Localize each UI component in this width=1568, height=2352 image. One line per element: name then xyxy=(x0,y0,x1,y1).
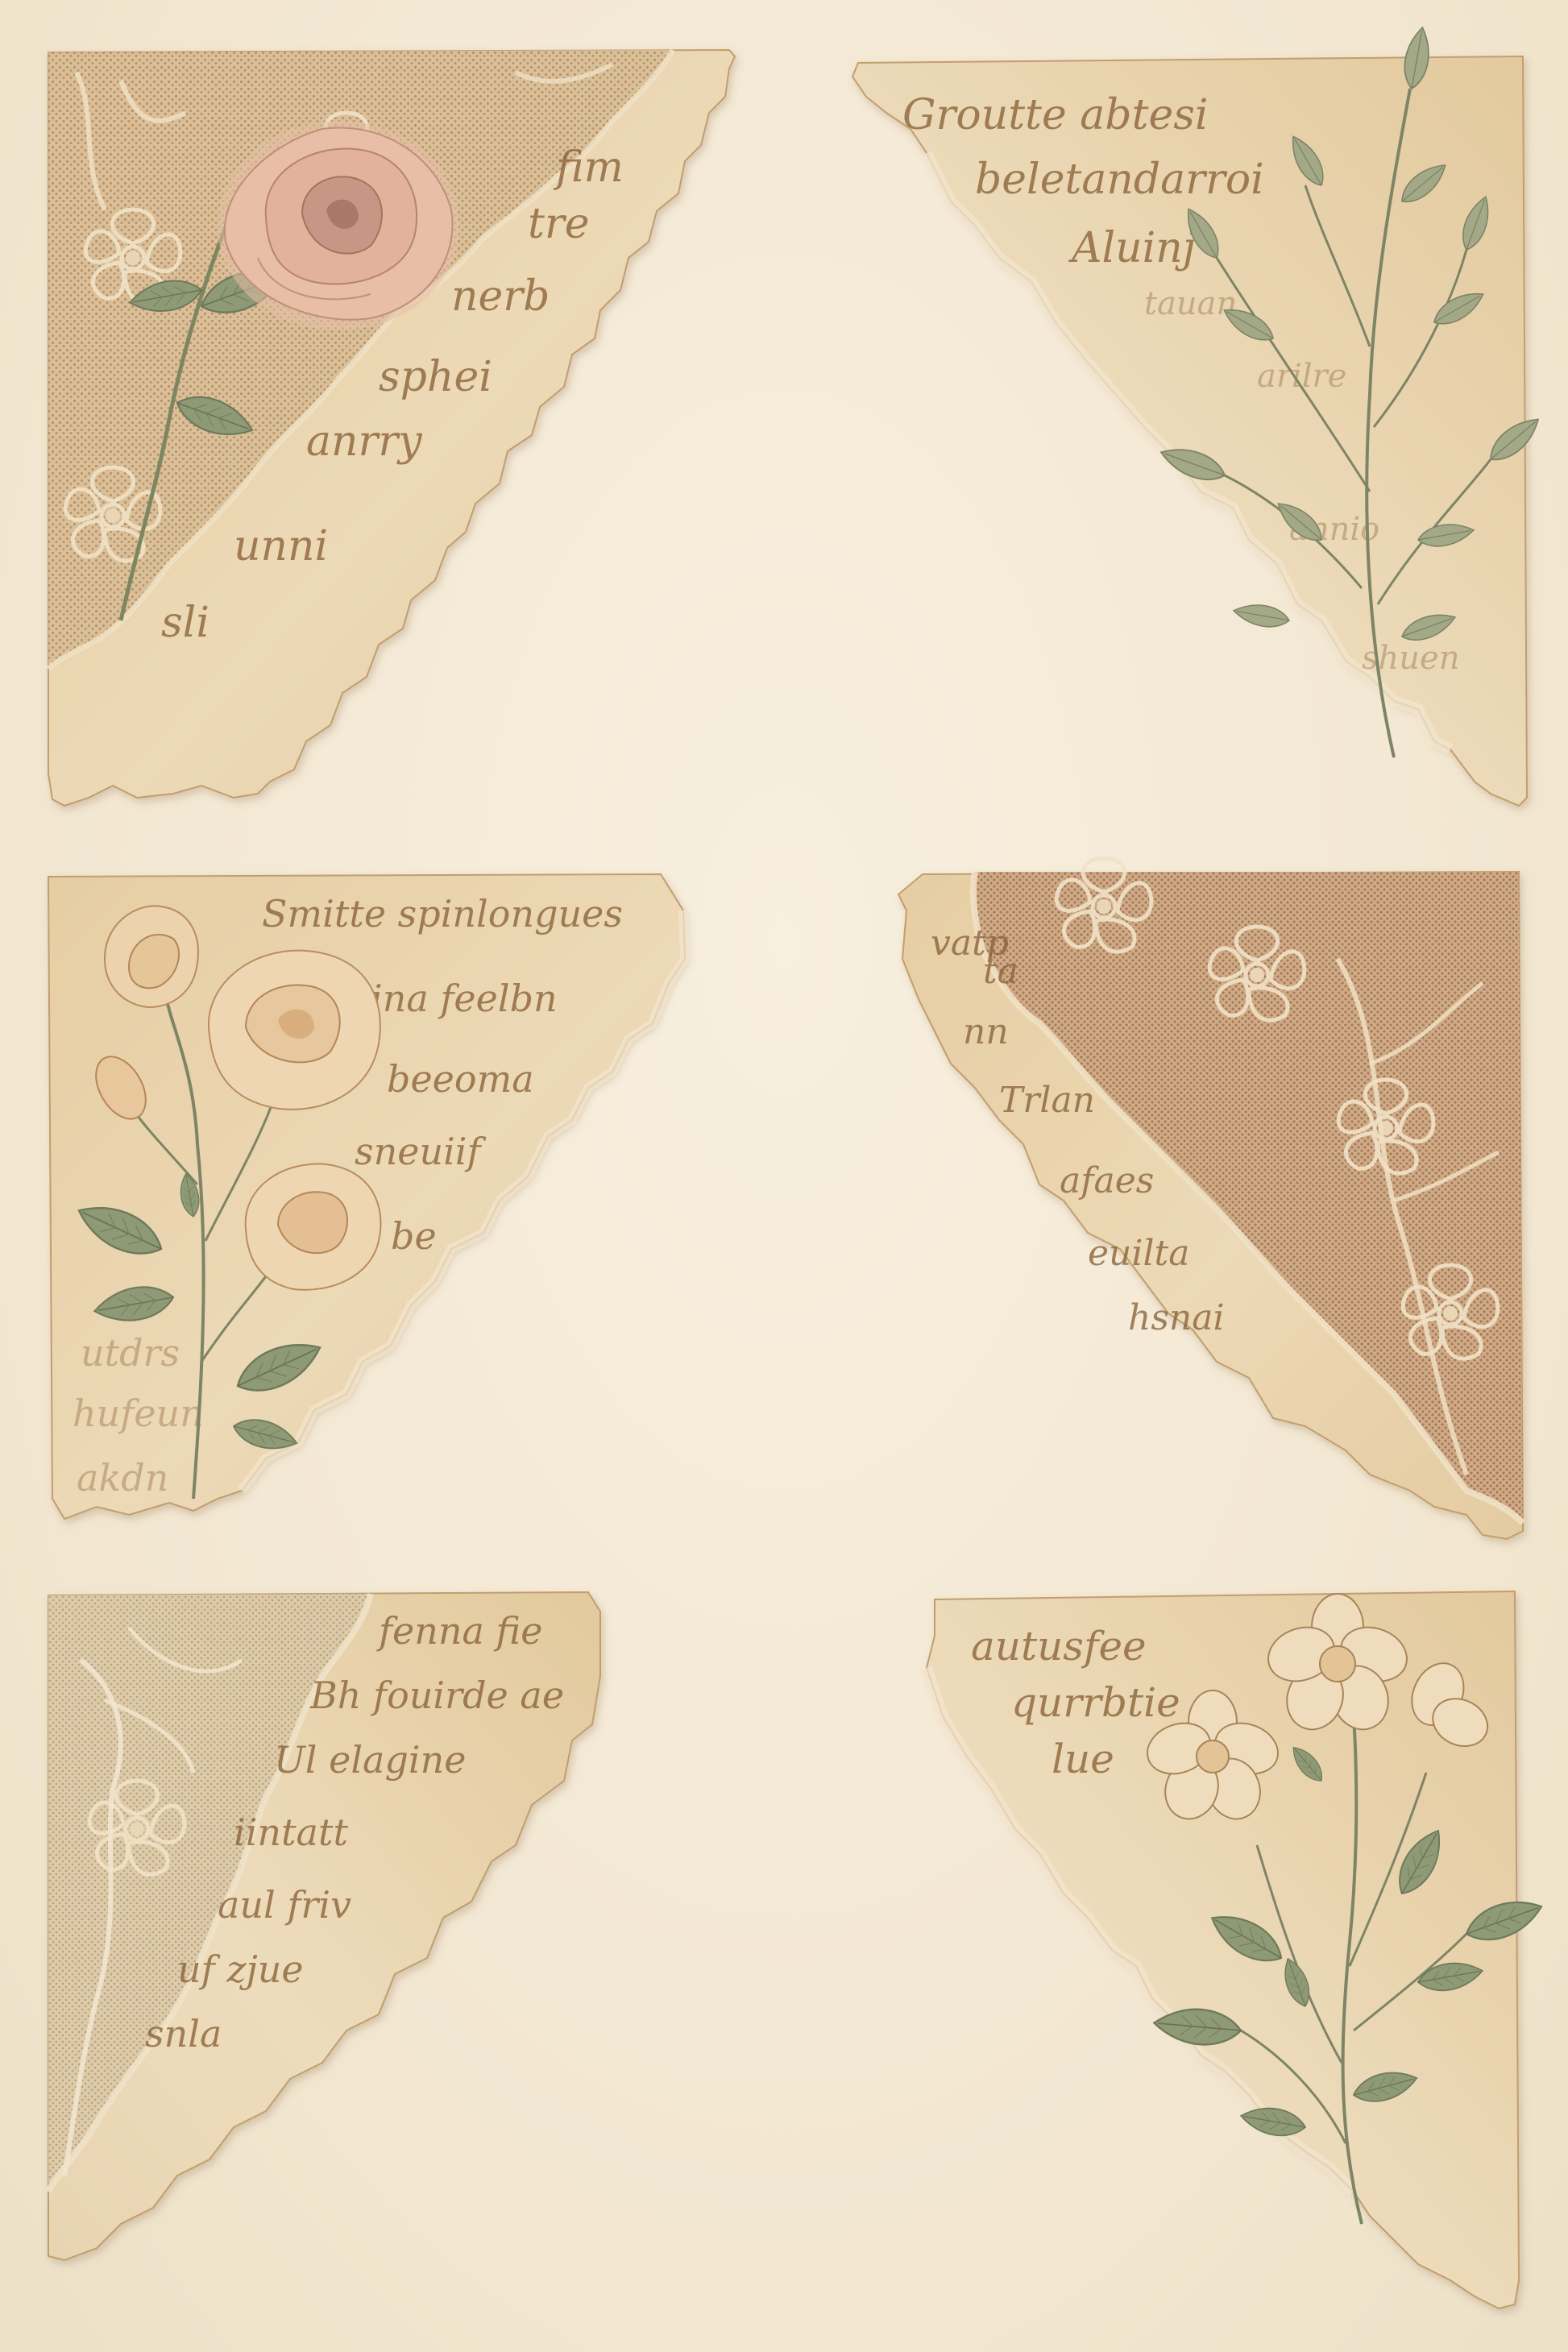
script-line: Bh fouirde ae xyxy=(309,1674,564,1717)
script-line: snla xyxy=(145,2012,222,2055)
script-line: ta xyxy=(983,951,1018,992)
torn-corner-top-left: fim tre nerb sphei anrry unni sli xyxy=(0,0,784,846)
script-line: Groutte abtesi xyxy=(902,91,1209,139)
torn-corner-middle-left: Smitte spinlongues ina feelbn beeoma sne… xyxy=(32,862,717,1531)
script-line: Smitte spinlongues xyxy=(262,892,623,935)
script-line: qurrbtie xyxy=(1011,1679,1180,1726)
script-line: fenna fie xyxy=(376,1609,542,1653)
script-line: tauan xyxy=(1144,285,1237,322)
script-line: uf zjue xyxy=(177,1948,304,1991)
script-line: beletandarroi xyxy=(975,156,1264,204)
script-line: nerb xyxy=(451,272,550,321)
script-line: euilta xyxy=(1088,1233,1189,1274)
script-line: anrry xyxy=(306,417,422,466)
script-line: nn xyxy=(963,1011,1009,1052)
torn-corner-bottom-right: autusfee qurrbtie lue xyxy=(902,1579,1539,2321)
script-line: hsnai xyxy=(1128,1297,1225,1338)
script-line: be xyxy=(391,1214,437,1258)
script-line: tre xyxy=(528,200,590,248)
script-line: iintatt xyxy=(234,1811,348,1854)
script-line: sphei xyxy=(379,353,492,401)
collage-canvas: fim tre nerb sphei anrry unni sli tauan … xyxy=(0,0,1568,2352)
script-line: autusfee xyxy=(971,1623,1147,1670)
script-line: sli xyxy=(161,599,209,647)
script-line: hufeun xyxy=(73,1392,204,1435)
script-line: aul friv xyxy=(218,1883,351,1927)
script-line: utdrs xyxy=(81,1331,180,1375)
script-line: sneuiif xyxy=(355,1130,487,1173)
script-line: Ul elagine xyxy=(274,1738,466,1782)
script-line: Trlan xyxy=(999,1080,1095,1121)
torn-corner-top-right: tauan arilre annio shuen Groutte abtesi … xyxy=(838,40,1539,822)
script-line: Aluinj xyxy=(1068,224,1196,272)
script-line: fim xyxy=(553,143,624,192)
script-line: ina feelbn xyxy=(371,977,558,1020)
script-line: beeoma xyxy=(387,1057,534,1101)
rose-illustration xyxy=(218,121,459,330)
script-line: akdn xyxy=(77,1456,168,1500)
torn-corner-bottom-left: fenna fie Bh fouirde ae Ul elagine iinta… xyxy=(32,1579,645,2280)
script-line: lue xyxy=(1052,1736,1114,1782)
torn-corner-middle-right: vatp ta nn Trlan afaes euilta hsnai xyxy=(886,862,1531,1547)
script-line: unni xyxy=(234,522,328,570)
script-line: afaes xyxy=(1060,1160,1154,1201)
